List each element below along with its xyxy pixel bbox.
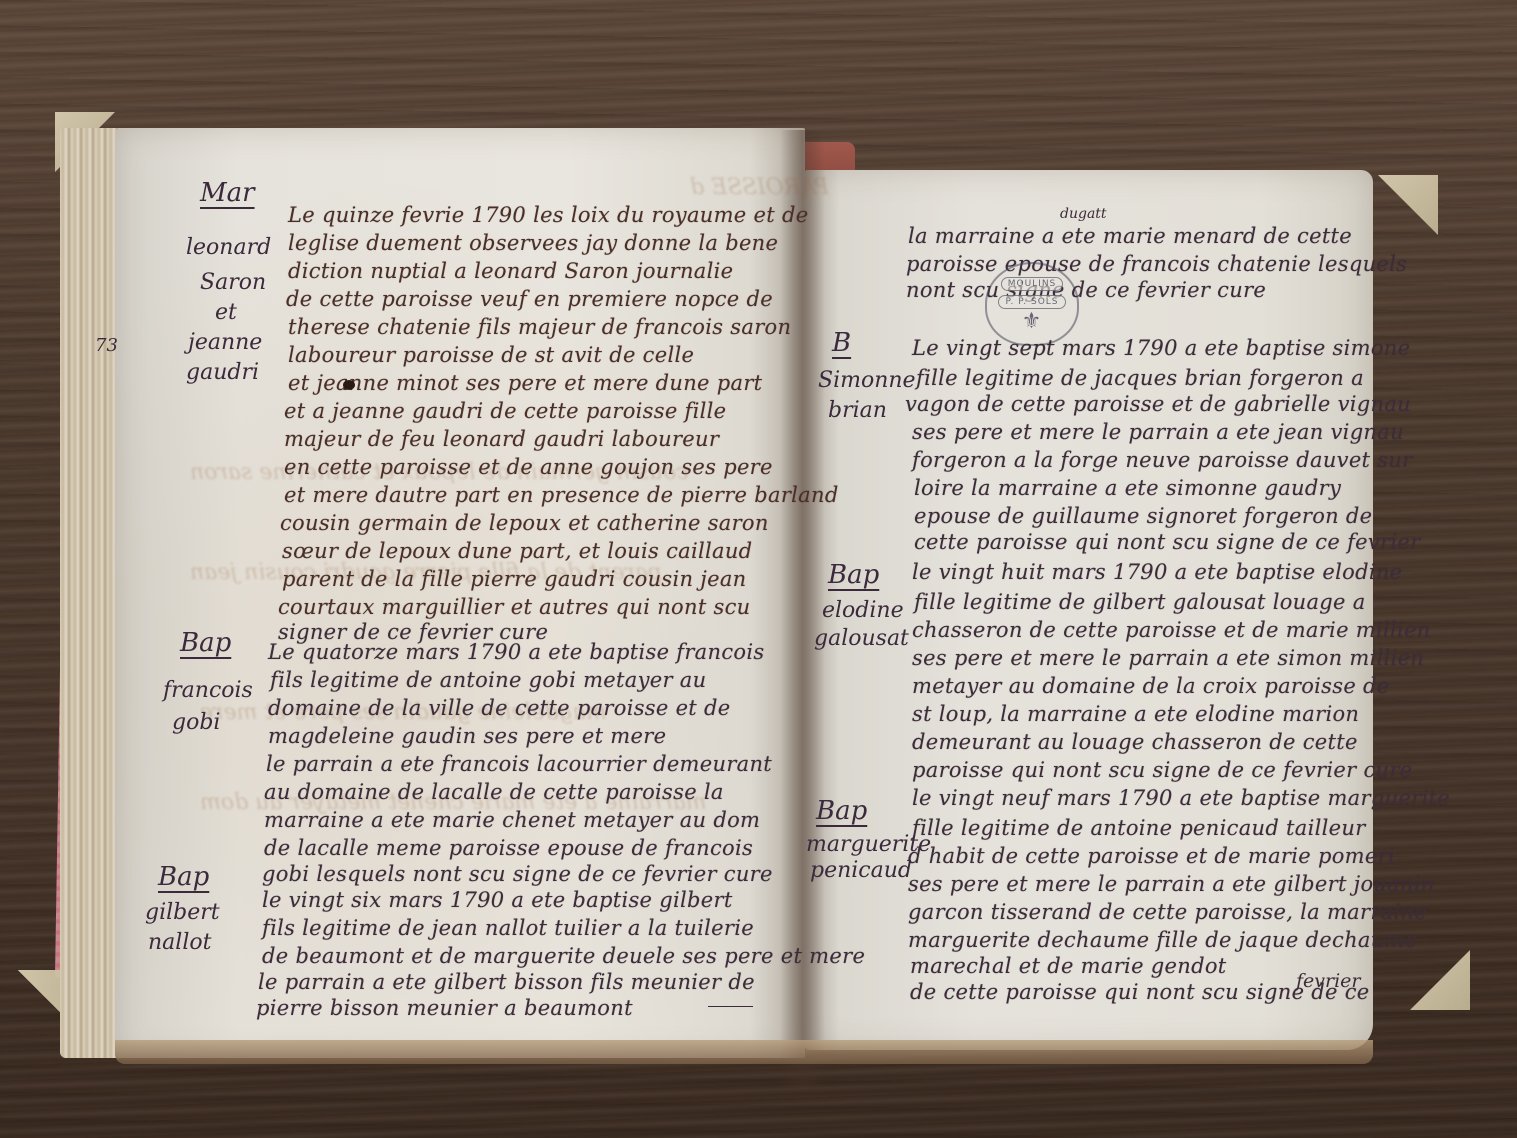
entry-line: Le vingt sept mars 1790 a ete baptise si…: [912, 336, 1410, 360]
entry-line: chasseron de cette paroisse et de marie …: [912, 618, 1431, 642]
entry-line: domaine de la ville de cette paroisse et…: [268, 696, 730, 720]
entry-line: forgeron a la forge neuve paroisse dauve…: [912, 448, 1413, 472]
margin-name: galousat: [814, 626, 909, 651]
margin-name: gobi: [172, 710, 220, 735]
margin-name: et: [215, 300, 237, 325]
stamp-bottom-band: P. P. SOLS: [998, 295, 1065, 309]
entry-line: epouse de guillaume signoret forgeron de: [914, 504, 1372, 528]
entry-line: ses pere et mere le parrain a ete simon …: [912, 646, 1424, 670]
entry-line: cousin germain de lepoux et catherine sa…: [280, 511, 769, 535]
margin-entry-type: Bap: [828, 560, 879, 590]
entry-line: le vingt huit mars 1790 a ete baptise el…: [912, 560, 1402, 584]
entry-line: sœur de lepoux dune part, et louis caill…: [282, 539, 752, 563]
entry-line: et a jeanne gaudri de cette paroisse fil…: [284, 399, 726, 423]
entry-line: de lacalle meme paroisse epouse de franc…: [264, 836, 753, 860]
superscript-note: dugatt: [1060, 206, 1107, 222]
priest-signature: fevrier: [1296, 970, 1361, 992]
corner-protector-top-right: [1378, 175, 1438, 235]
corner-protector-bottom-right: [1410, 950, 1470, 1010]
entry-line: ses pere et mere le parrain a ete jean v…: [912, 420, 1404, 444]
stamp-top-band: MOULINS: [1001, 277, 1064, 291]
entry-line: fille legitime de jacques brian forgeron…: [916, 366, 1364, 390]
entry-line: en cette paroisse et de anne goujon ses …: [284, 455, 773, 479]
entry-line: pierre bisson meunier a beaumont: [256, 996, 633, 1020]
margin-name: Simonne: [818, 368, 916, 393]
entry-line: laboureur paroisse de st avit de celle: [288, 343, 694, 367]
margin-name: brian: [828, 398, 887, 423]
entry-line: le parrain a ete francois lacourrier dem…: [266, 752, 772, 776]
margin-name: nallot: [148, 930, 211, 955]
entry-line: majeur de feu leonard gaudri laboureur: [284, 427, 719, 451]
end-rule: [708, 1006, 753, 1007]
entry-line: nont scu signe de ce fevrier cure: [906, 278, 1266, 302]
margin-name: jeanne: [188, 330, 262, 355]
entry-line: courtaux marguillier et autres qui nont …: [278, 595, 751, 619]
margin-name: leonard: [186, 235, 271, 260]
entry-line: cette paroisse qui nont scu signe de ce …: [914, 530, 1420, 554]
entry-line: Le quinze fevrie 1790 les loix du royaum…: [288, 203, 808, 227]
entry-line: le vingt six mars 1790 a ete baptise gil…: [262, 888, 733, 912]
entry-line: marechal et de marie gendot: [910, 954, 1227, 978]
margin-entry-type: B: [832, 328, 851, 358]
entry-line: au domaine de lacalle de cette paroisse …: [264, 780, 724, 804]
ink-blot: [343, 380, 355, 390]
entry-line: leglise duement observees jay donne la b…: [288, 231, 778, 255]
entry-line: paroisse epouse de francois chatenie les…: [906, 252, 1407, 276]
margin-name: gilbert: [145, 900, 220, 925]
entry-line: fils legitime de jean nallot tuilier a l…: [262, 916, 754, 940]
entry-line: demeurant au louage chasseron de cette: [912, 730, 1358, 754]
page-bottom-edge: [115, 1040, 1373, 1064]
entry-line: le vingt neuf mars 1790 a ete baptise ma…: [912, 786, 1450, 810]
margin-entry-type: Bap: [816, 796, 867, 826]
margin-name: Saron: [200, 270, 266, 295]
margin-name: elodine: [822, 598, 904, 623]
entry-line: d habit de cette paroisse et de marie po…: [908, 844, 1395, 868]
entry-line: le parrain a ete gilbert bisson fils meu…: [258, 970, 755, 994]
entry-line: de cette paroisse veuf en premiere nopce…: [286, 287, 773, 311]
parish-seal-stamp: MOULINS P. P. SOLS ⚜: [985, 262, 1079, 346]
margin-entry-type: Bap: [180, 628, 231, 658]
margin-entry-type: Mar: [200, 178, 255, 208]
entry-line: magdeleine gaudin ses pere et mere: [268, 724, 666, 748]
entry-line: diction nuptial a leonard Saron journali…: [288, 259, 733, 283]
entry-line: therese chatenie fils majeur de francois…: [288, 315, 791, 339]
entry-line: garcon tisserand de cette paroisse, la m…: [908, 900, 1427, 924]
entry-line: et jeanne minot ses pere et mere dune pa…: [288, 371, 762, 395]
fleur-de-lis-icon: ⚜: [1022, 311, 1043, 333]
entry-line: gobi lesquels nont scu signe de ce fevri…: [262, 862, 773, 886]
margin-name: gaudri: [186, 360, 259, 385]
entry-line: et mere dautre part en presence de pierr…: [284, 483, 839, 507]
margin-entry-type: Bap: [158, 862, 209, 892]
entry-line: Le quatorze mars 1790 a ete baptise fran…: [268, 640, 764, 664]
bleed-through-header: PAROISSE d: [690, 175, 829, 200]
entry-line: metayer au domaine de la croix paroisse …: [912, 674, 1390, 698]
entry-line: de beaumont et de marguerite deuele ses …: [262, 944, 865, 968]
entry-line: parent de la fille pierre gaudri cousin …: [282, 567, 746, 591]
entry-line: st loup, la marraine a ete elodine mario…: [912, 702, 1359, 726]
margin-name: francois: [163, 678, 253, 703]
margin-name: penicaud: [810, 858, 912, 883]
entry-line: fils legitime de antoine gobi metayer au: [270, 668, 706, 692]
entry-line: marraine a ete marie chenet metayer au d…: [264, 808, 760, 832]
entry-line: marguerite dechaume fille de jaque decha…: [908, 928, 1418, 952]
folio-number: 73: [95, 335, 118, 356]
entry-line: ses pere et mere le parrain a ete gilber…: [908, 872, 1435, 896]
entry-line: fille legitime de antoine penicaud taill…: [912, 816, 1366, 840]
entry-line: loire la marraine a ete simonne gaudry: [914, 476, 1341, 500]
entry-line: paroisse qui nont scu signe de ce fevrie…: [912, 758, 1412, 782]
entry-line: fille legitime de gilbert galousat louag…: [914, 590, 1366, 614]
entry-line: vagon de cette paroisse et de gabrielle …: [905, 392, 1411, 416]
entry-line: la marraine a ete marie menard de cette: [908, 224, 1352, 248]
